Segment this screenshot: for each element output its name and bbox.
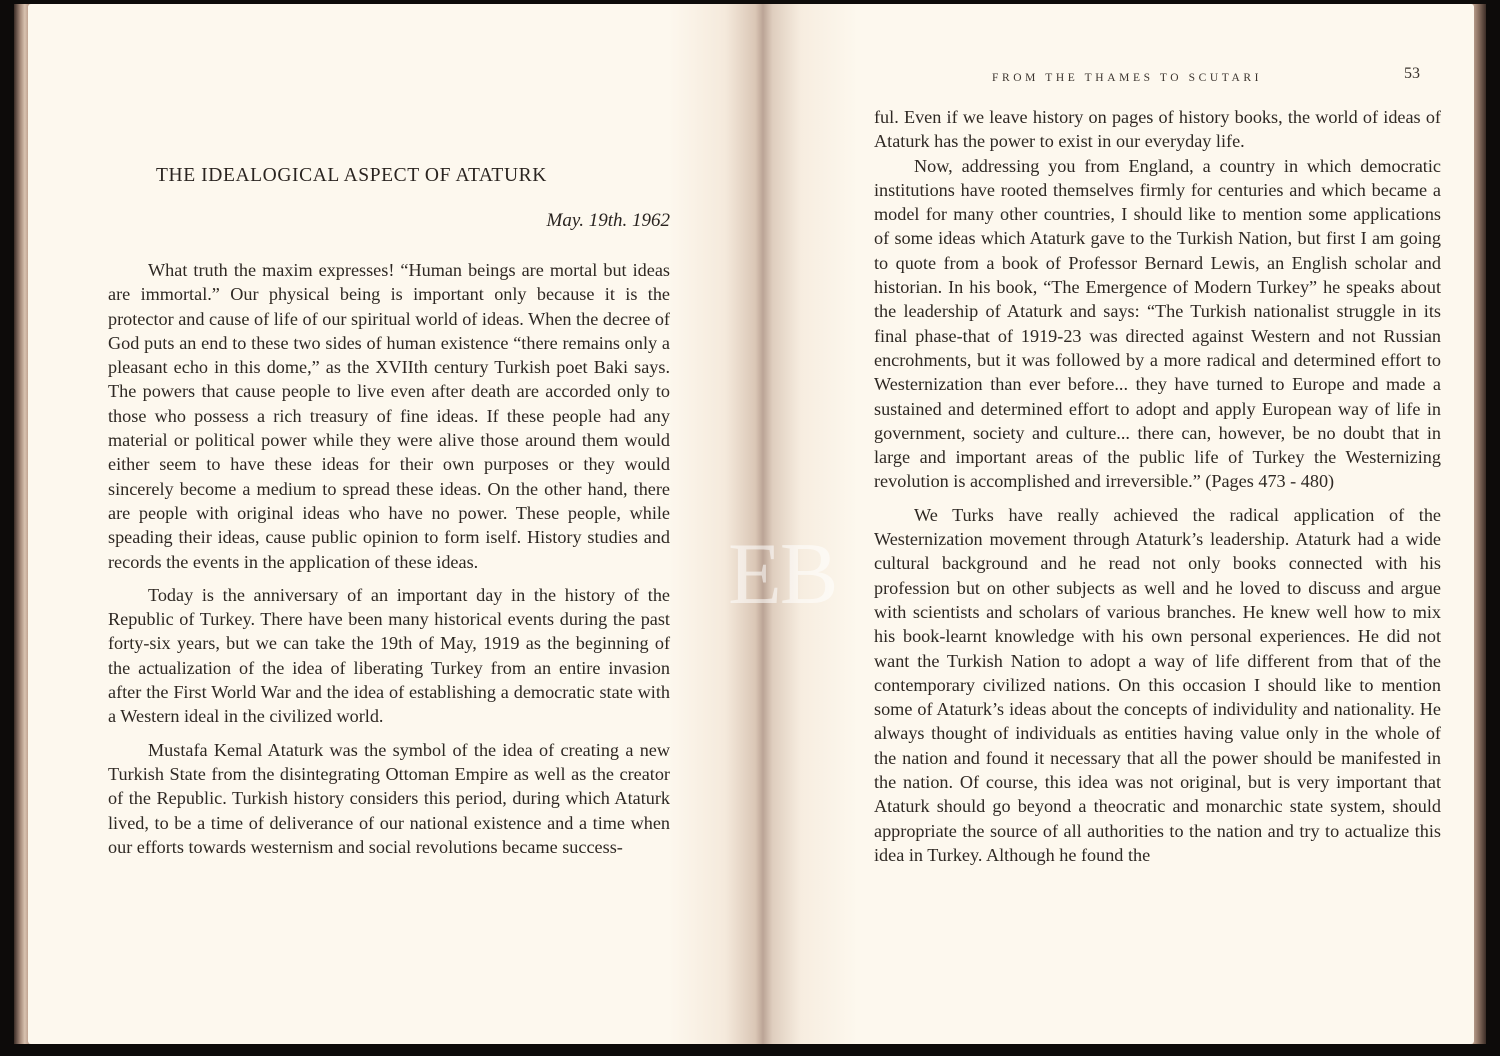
dateline: May. 19th. 1962 [547, 209, 671, 233]
paragraph: What truth the maxim expresses! “Human b… [108, 258, 670, 574]
paragraph: We Turks have really achieved the radica… [874, 503, 1441, 867]
right-page-body: ful. Even if we leave history on pages o… [874, 105, 1441, 867]
book-gutter [668, 4, 858, 1044]
chapter-title: THE IDEALOGICAL ASPECT OF ATATURK [156, 164, 547, 188]
page-number: 53 [1404, 62, 1420, 86]
running-head: FROM THE THAMES TO SCUTARI [992, 66, 1262, 90]
left-page-body: What truth the maxim expresses! “Human b… [108, 258, 670, 859]
book-spread: THE IDEALOGICAL ASPECT OF ATATURK May. 1… [28, 4, 1474, 1044]
paragraph: Now, addressing you from England, a coun… [874, 154, 1441, 494]
paragraph: Today is the anniversary of an important… [108, 583, 670, 729]
paragraph: Mustafa Kemal Ataturk was the symbol of … [108, 738, 670, 859]
paragraph-continuation: ful. Even if we leave history on pages o… [874, 105, 1441, 154]
